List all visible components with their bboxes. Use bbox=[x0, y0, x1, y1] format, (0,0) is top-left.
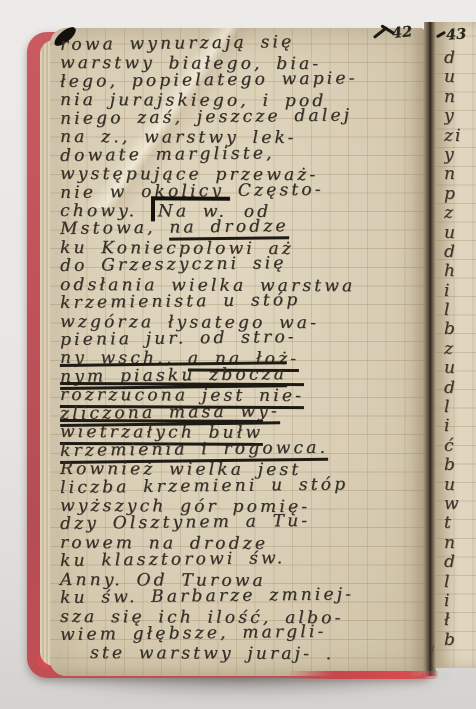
handwriting-fragment: l bbox=[444, 397, 476, 416]
handwriting-fragment: p bbox=[444, 184, 476, 203]
handwriting-emphasis: na drodze bbox=[169, 217, 289, 241]
handwriting-line: pienia jur. od stro- bbox=[60, 326, 426, 349]
page-number-right: 43 bbox=[445, 25, 466, 43]
handwriting-line: dzy Olsztynem a Tu- bbox=[60, 510, 426, 533]
handwriting-fragment: u bbox=[444, 358, 476, 377]
binding-gutter bbox=[424, 22, 436, 676]
photo-backdrop: rowa wynurzają sięwarstwy białego, bia-ł… bbox=[0, 0, 476, 709]
handwriting-text: łego, popielatego wapie- bbox=[60, 68, 358, 92]
handwriting-line: ste warstwy juraj- . bbox=[60, 643, 426, 663]
handwriting-fragment: l bbox=[444, 300, 476, 319]
handwriting-fragment: ł bbox=[444, 610, 476, 629]
handwriting-line: wiem głębsze, margli- bbox=[60, 621, 426, 644]
handwriting-fragment: u bbox=[444, 223, 476, 242]
handwriting-line: liczba krzemieni u stóp bbox=[60, 473, 426, 496]
handwriting-fragment: ć bbox=[444, 436, 476, 455]
handwriting-fragment: u bbox=[444, 67, 476, 86]
handwriting-fragment: n bbox=[444, 164, 476, 183]
handwriting-text: krzemienista u stóp bbox=[60, 290, 301, 313]
handwriting-fragment: i bbox=[444, 416, 476, 435]
handwriting-text: dzy Olsztynem a Tu- bbox=[60, 511, 310, 534]
handwriting-fragment: y bbox=[444, 145, 476, 164]
handwriting-fragment: b bbox=[444, 455, 476, 474]
handwriting-text: niego zaś, jeszcze dalej bbox=[60, 105, 352, 129]
handwriting-text: ku św. Barbarze zmniej- bbox=[60, 585, 354, 609]
handwriting-text: ku klasztorowi św. bbox=[60, 548, 286, 571]
handwriting-fragment: i bbox=[444, 281, 476, 300]
handwriting-fragment: z bbox=[444, 203, 476, 222]
handwriting-line: dowate margliste, bbox=[60, 141, 426, 164]
handwriting-fragment: z bbox=[444, 339, 476, 358]
handwriting-left-page: rowa wynurzają sięwarstwy białego, bia-ł… bbox=[60, 35, 426, 662]
handwriting-line: Mstowa, na drodze bbox=[60, 215, 426, 238]
handwriting-fragment: n bbox=[444, 533, 476, 552]
handwriting-text: rowa wynurzają się bbox=[60, 32, 295, 55]
handwriting-line: nie w okolicy Często- bbox=[60, 178, 426, 201]
handwriting-fragment: d bbox=[444, 378, 476, 397]
handwriting-fragment: y bbox=[444, 106, 476, 125]
handwriting-line: krzemienia i rogowca. bbox=[60, 436, 426, 459]
handwriting-line: rowa wynurzają się bbox=[60, 31, 426, 54]
handwriting-line: ku św. Barbarze zmniej- bbox=[60, 584, 426, 607]
handwriting-fragment: d bbox=[444, 48, 476, 67]
handwriting-text: pienia jur. od stro- bbox=[60, 327, 297, 350]
handwriting-line: ku klasztorowi św. bbox=[60, 547, 426, 570]
handwriting-line: krzemienista u stóp bbox=[60, 289, 426, 312]
handwriting-text: wiem głębsze, margli- bbox=[60, 622, 327, 645]
handwriting-text: Mstowa, bbox=[60, 218, 170, 239]
handwriting-line: do Grzeszyczni się bbox=[60, 252, 426, 275]
handwriting-fragment: t bbox=[444, 513, 476, 532]
handwriting-fragment: d bbox=[444, 242, 476, 261]
handwriting-fragment: n bbox=[444, 87, 476, 106]
handwriting-right-fragments: dunyziynpzudhilbzudlićbuwtndliłb bbox=[444, 48, 476, 649]
handwriting-fragment: w bbox=[444, 494, 476, 513]
handwriting-text: do Grzeszyczni się bbox=[60, 253, 287, 276]
handwriting-line: łego, popielatego wapie- bbox=[60, 67, 426, 90]
handwriting-fragment: i bbox=[444, 591, 476, 610]
handwriting-fragment: d bbox=[444, 552, 476, 571]
notebook-page-right: dunyziynpzudhilbzudlićbuwtndliłb bbox=[436, 22, 476, 668]
handwriting-line: niego zaś, jeszcze dalej bbox=[60, 104, 426, 127]
handwriting-fragment: b bbox=[444, 630, 476, 649]
red-stained-page-edge bbox=[288, 671, 438, 679]
handwriting-fragment: l bbox=[444, 572, 476, 591]
handwriting-text: liczba krzemieni u stóp bbox=[60, 474, 348, 498]
handwriting-fragment: zi bbox=[444, 126, 476, 145]
handwriting-text: ste warstwy juraj- . bbox=[90, 644, 334, 665]
handwriting-text: dowate margliste, bbox=[60, 143, 275, 166]
handwriting-fragment: h bbox=[444, 261, 476, 280]
handwriting-fragment: u bbox=[444, 475, 476, 494]
handwriting-fragment: b bbox=[444, 319, 476, 338]
